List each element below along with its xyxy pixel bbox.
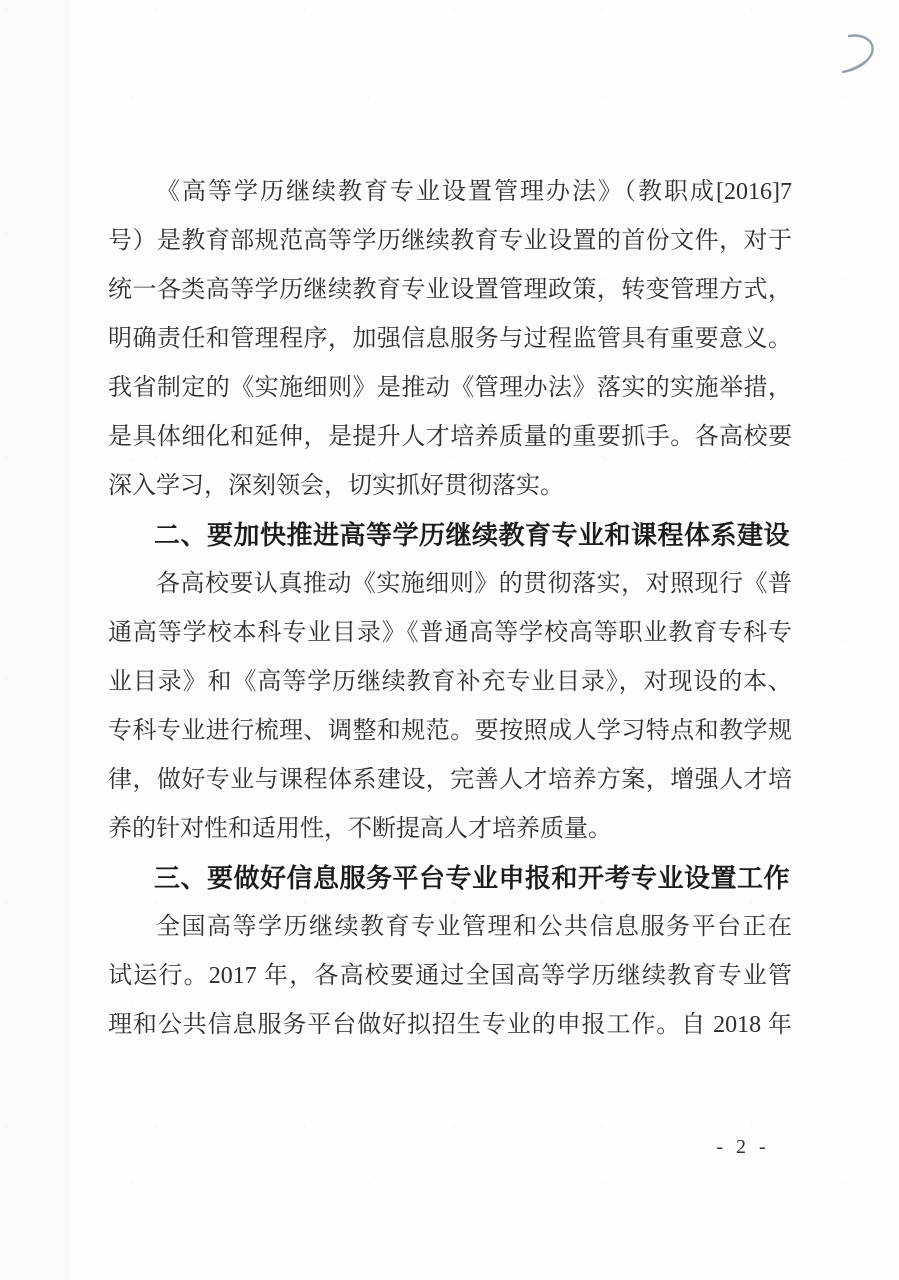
body-text-line: 深入学习，深刻领会，切实抓好贯彻落实。 <box>108 462 792 511</box>
body-text-line: 律，做好专业与课程体系建设，完善人才培养方案，增强人才培 <box>108 756 792 805</box>
section-heading: 三、要做好信息服务平台专业申报和开考专业设置工作 <box>108 854 792 903</box>
section-heading: 二、要加快推进高等学历继续教育专业和课程体系建设 <box>108 511 792 560</box>
body-text-line: 统一各类高等学历继续教育专业设置管理政策，转变管理方式， <box>108 266 792 315</box>
body-text-line: 《高等学历继续教育专业设置管理办法》（教职成[2016]7 <box>108 168 792 217</box>
document-body: 《高等学历继续教育专业设置管理办法》（教职成[2016]7号）是教育部规范高等学… <box>108 168 792 1050</box>
body-text-line: 养的针对性和适用性，不断提高人才培养质量。 <box>108 805 792 854</box>
scanned-document-page: 《高等学历继续教育专业设置管理办法》（教职成[2016]7号）是教育部规范高等学… <box>0 0 899 1280</box>
page-number: - 2 - <box>698 1136 788 1159</box>
body-text-line: 明确责任和管理程序，加强信息服务与过程监管具有重要意义。 <box>108 315 792 364</box>
body-text-line: 号）是教育部规范高等学历继续教育专业设置的首份文件，对于 <box>108 217 792 266</box>
body-text-line: 理和公共信息服务平台做好拟招生专业的申报工作。自 2018 年 <box>108 1001 792 1050</box>
body-text-line: 我省制定的《实施细则》是推动《管理办法》落实的实施举措， <box>108 364 792 413</box>
body-text-line: 专科专业进行梳理、调整和规范。要按照成人学习特点和教学规 <box>108 707 792 756</box>
body-text-line: 业目录》和《高等学历继续教育补充专业目录》，对现设的本、 <box>108 658 792 707</box>
body-text-line: 是具体细化和延伸，是提升人才培养质量的重要抓手。各高校要 <box>108 413 792 462</box>
body-text-line: 通高等学校本科专业目录》《普通高等学校高等职业教育专科专 <box>108 609 792 658</box>
body-text-line: 各高校要认真推动《实施细则》的贯彻落实，对照现行《普 <box>108 560 792 609</box>
handwritten-pen-mark-icon <box>836 28 882 80</box>
body-text-line: 试运行。2017 年，各高校要通过全国高等学历继续教育专业管 <box>108 952 792 1001</box>
body-text-line: 全国高等学历继续教育专业管理和公共信息服务平台正在 <box>108 903 792 952</box>
